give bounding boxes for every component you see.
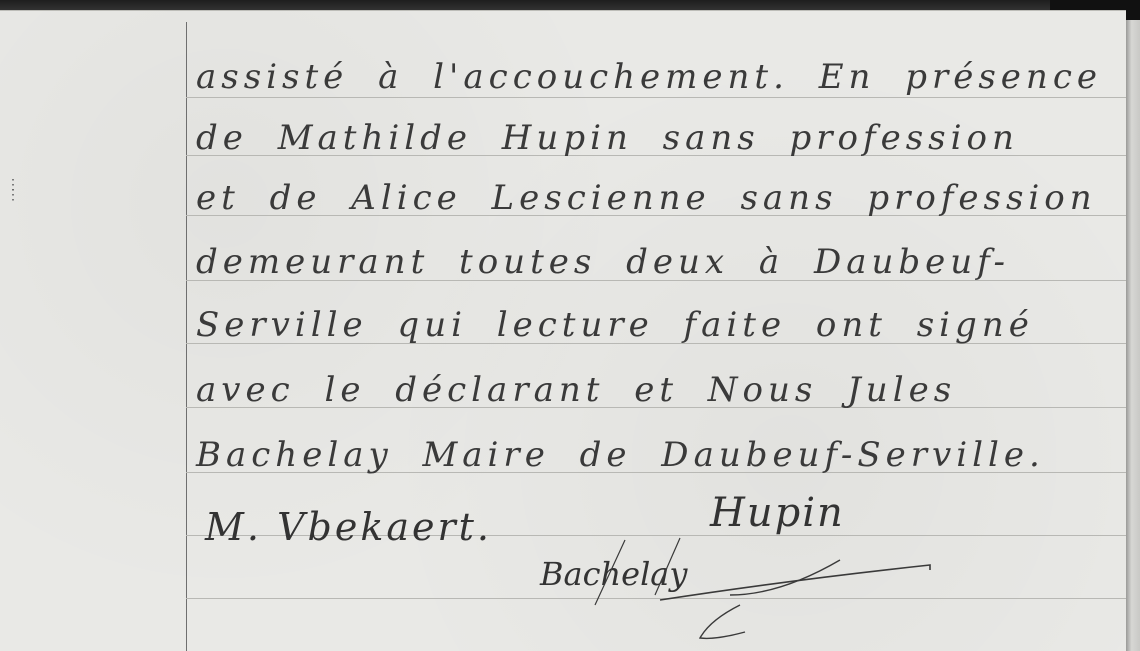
text-line-4: demeurant toutes deux à Daubeuf- [196, 242, 1116, 282]
signature-declarant: M. Vbekaert. [205, 505, 492, 549]
signature-flourish [540, 520, 960, 650]
text-line-3: et de Alice Lescienne sans profession [196, 178, 1116, 218]
page-edge [1126, 20, 1140, 651]
ruled-line [186, 97, 1126, 98]
margin-rule [186, 22, 187, 651]
text-line-7: Bachelay Maire de Daubeuf-Serville. [196, 435, 1116, 475]
text-line-1: assisté à l'accouchement. En présence [196, 57, 1116, 97]
text-line-2: de Mathilde Hupin sans profession [196, 118, 1116, 158]
margin-ink-mark: ⋮⋮ [6, 180, 26, 230]
text-line-5: Serville qui lecture faite ont signé [196, 305, 1116, 345]
text-line-6: avec le déclarant et Nous Jules [196, 370, 1116, 410]
